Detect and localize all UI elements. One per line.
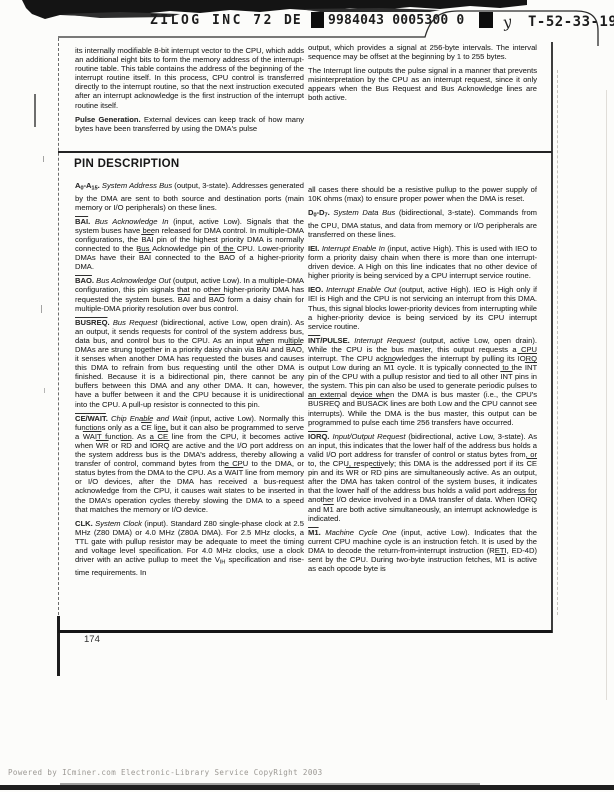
scan-artifact-top-strip xyxy=(0,0,614,24)
paragraph: BAO. Bus Acknowledge Out (output, active… xyxy=(75,276,304,312)
paragraph: BAI. Bus Acknowledge In (input, active L… xyxy=(75,217,304,272)
page-edge-shadow xyxy=(606,90,607,700)
pin-description-left-column: A0-A15. System Address Bus (output, 3-st… xyxy=(75,181,304,633)
stamp-suffix: DE xyxy=(284,13,302,28)
paragraph: CLK. System Clock (input). Standard Z80 … xyxy=(75,519,304,577)
paragraph: IORQ. Input/Output Request (bidirectiona… xyxy=(308,432,537,523)
scan-speck xyxy=(34,94,36,127)
paragraph: BUSREQ. Bus Request (bidirectional, acti… xyxy=(75,318,304,409)
paragraph: output, which provides a signal at 256-b… xyxy=(308,43,537,61)
content-border-right xyxy=(551,42,553,633)
paragraph: M1. Machine Cycle One (input, active Low… xyxy=(308,528,537,573)
paragraph: D0-D7. System Data Bus (bidirectional, 3… xyxy=(308,208,537,239)
intro-right-column: output, which provides a signal at 256-b… xyxy=(308,43,537,103)
document-code: T-52-33-19 xyxy=(528,14,614,30)
paragraph: A0-A15. System Address Bus (output, 3-st… xyxy=(75,181,304,212)
page-number: 174 xyxy=(84,634,100,645)
paragraph: IEI. Interrupt Enable In (input, active … xyxy=(308,244,537,280)
scan-speck xyxy=(43,156,44,162)
redaction-block-icon xyxy=(479,12,493,28)
content-border-left xyxy=(58,38,59,620)
scanned-datasheet-page: ZILOG INC 72 DE 9984043 0005300 0 y T-52… xyxy=(0,0,614,792)
scan-speck xyxy=(41,305,42,313)
footer-credit: Powered by ICminer.com Electronic-Librar… xyxy=(8,768,323,777)
section-divider-rule xyxy=(58,151,552,153)
paragraph: Pulse Generation. External devices can k… xyxy=(75,115,304,133)
scan-speck xyxy=(44,388,45,393)
content-border-right-faint xyxy=(557,70,558,615)
company-stamp: ZILOG INC 72 xyxy=(150,13,274,28)
paragraph: IEO. Interrupt Enable Out (output, activ… xyxy=(308,285,537,330)
paragraph: INT/PULSE. Interrupt Request (output, ac… xyxy=(308,336,537,427)
paragraph: all cases there should be a resistive pu… xyxy=(308,185,537,203)
section-heading: PIN DESCRIPTION xyxy=(74,158,179,170)
paragraph: CE/WAIT. Chip Enable and Wait (input, ac… xyxy=(75,414,304,514)
redaction-block-icon xyxy=(311,12,324,28)
catalog-number: 9984043 0005300 0 xyxy=(328,13,464,28)
scan-artifact-bottom-bar xyxy=(0,785,614,790)
pin-description-right-column: all cases there should be a resistive pu… xyxy=(308,185,537,633)
content-border-left-lower xyxy=(57,616,60,676)
intro-left-column: its internally modifiable 8-bit interrup… xyxy=(75,46,304,133)
paragraph: The Interrupt line outputs the pulse sig… xyxy=(308,66,537,102)
paragraph: its internally modifiable 8-bit interrup… xyxy=(75,46,304,110)
